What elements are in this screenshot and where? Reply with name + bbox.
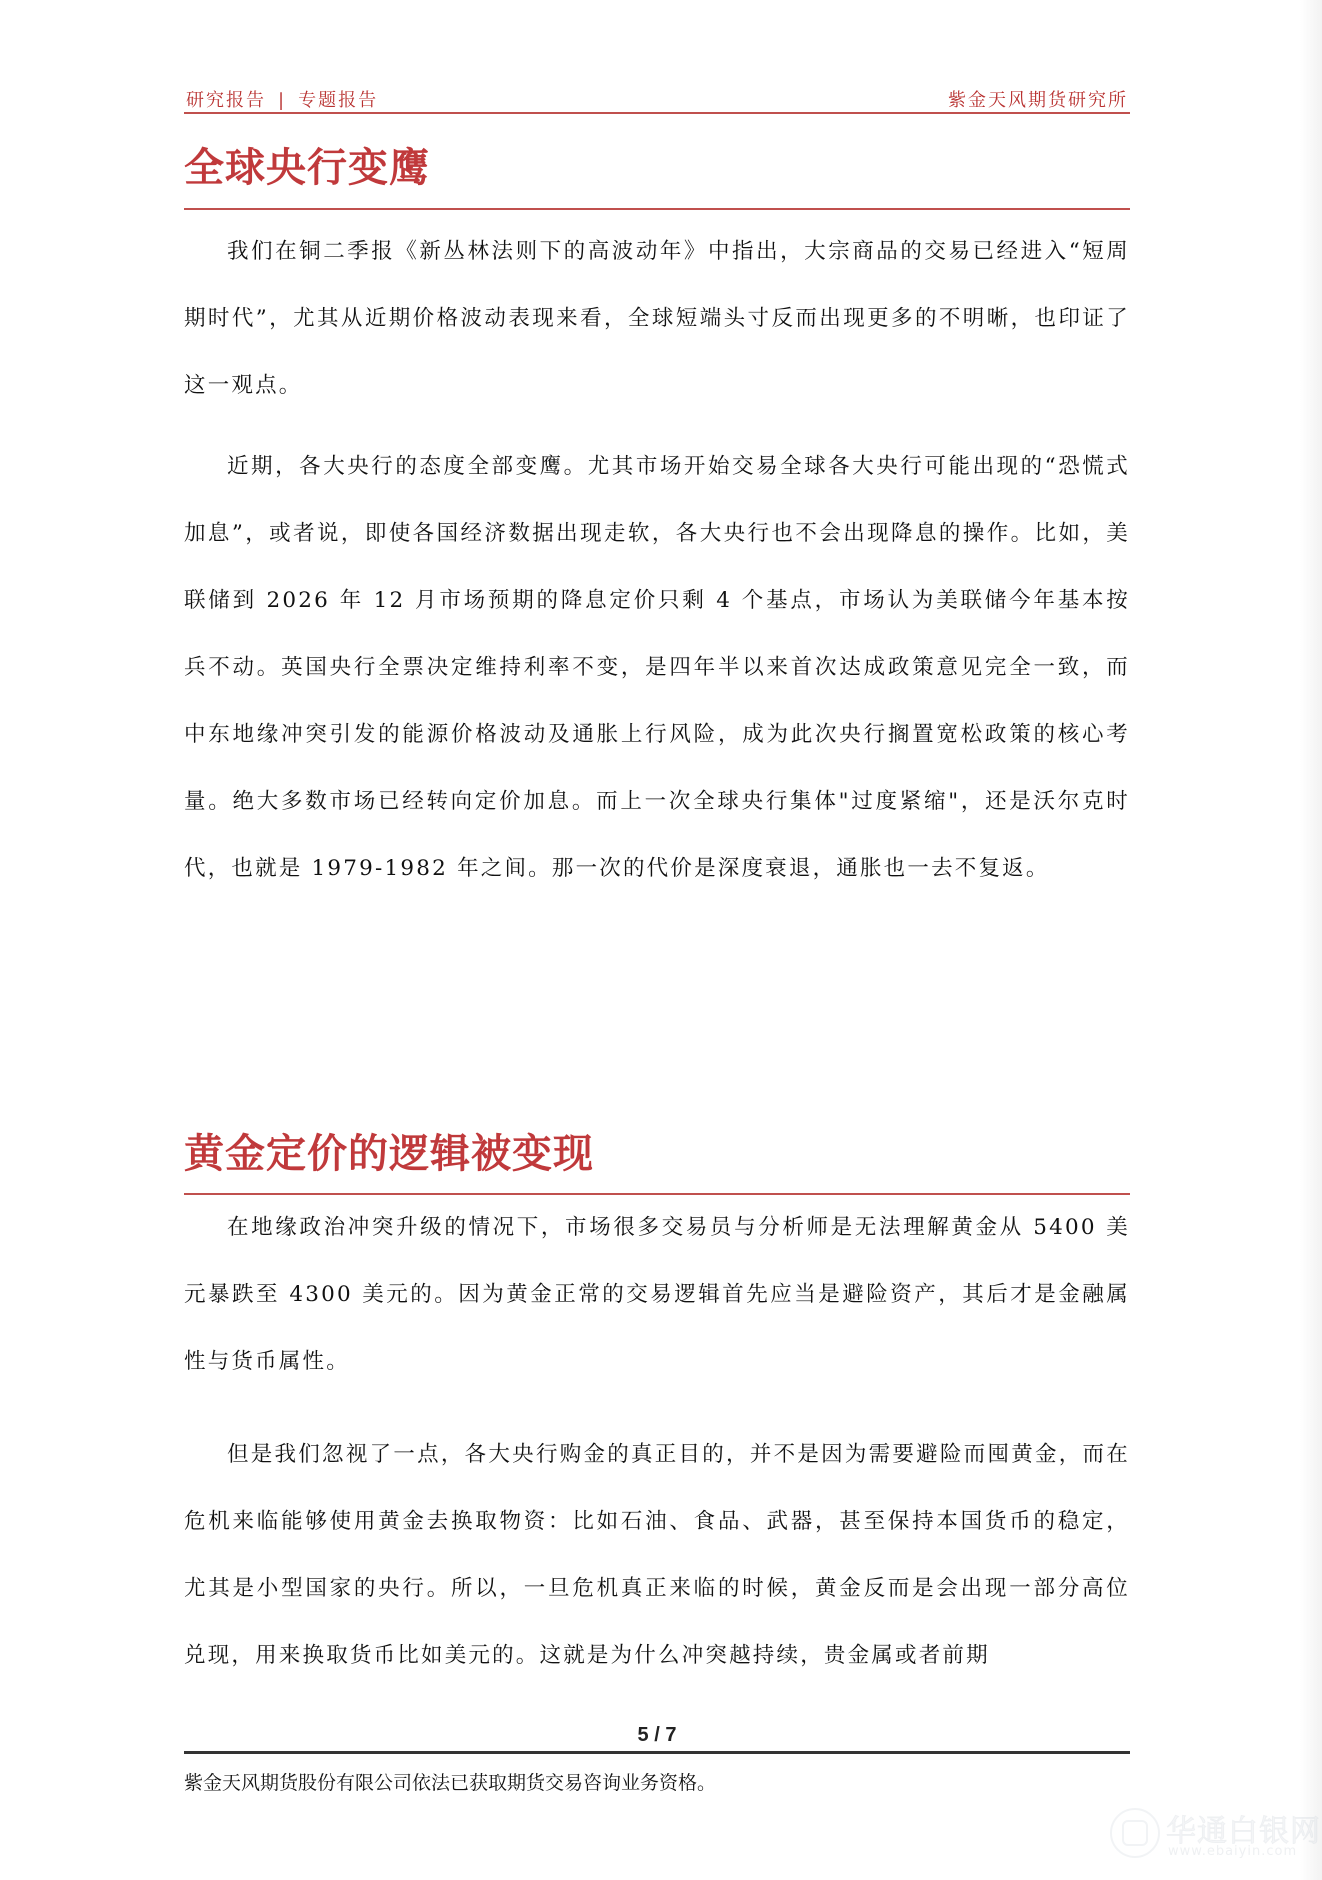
section-rule-1 xyxy=(184,208,1130,210)
paragraph-2-2: 但是我们忽视了一点，各大央行购金的真正目的，并不是因为需要避险而囤黄金，而在危机… xyxy=(184,1421,1130,1689)
watermark-url: www.ebaiyin.com xyxy=(1168,1844,1297,1859)
category-label: 研究报告 xyxy=(186,90,266,111)
paragraph-2-1: 在地缘政治冲突升级的情况下，市场很多交易员与分析师是无法理解黄金从 5400 美… xyxy=(184,1194,1130,1395)
report-category: 研究报告|专题报告 xyxy=(186,86,378,112)
watermark: 华通白银网 www.ebaiyin.com xyxy=(1110,1806,1315,1866)
running-header: 研究报告|专题报告 紫金天风期货研究所 xyxy=(184,86,1130,114)
paragraph-1-1: 我们在铜二季报《新丛林法则下的高波动年》中指出，大宗商品的交易已经进入“短周期时… xyxy=(184,218,1130,419)
section-title-1: 全球央行变鹰 xyxy=(184,136,430,193)
section-title-2: 黄金定价的逻辑被变现 xyxy=(184,1122,594,1179)
footer-disclaimer: 紫金天风期货股份有限公司依法已获取期货交易咨询业务资格。 xyxy=(184,1768,716,1795)
header-separator: | xyxy=(278,90,286,111)
page-edge-shade xyxy=(1300,0,1322,1880)
watermark-logo-icon xyxy=(1110,1808,1160,1858)
footer-rule xyxy=(184,1751,1130,1754)
page-number: 5 / 7 xyxy=(184,1724,1130,1747)
institution-name: 紫金天风期货研究所 xyxy=(948,86,1128,112)
subcategory-label: 专题报告 xyxy=(298,90,378,111)
header-rule xyxy=(184,112,1130,114)
paragraph-1-2: 近期，各大央行的态度全部变鹰。尤其市场开始交易全球各大央行可能出现的“恐慌式加息… xyxy=(184,433,1130,902)
